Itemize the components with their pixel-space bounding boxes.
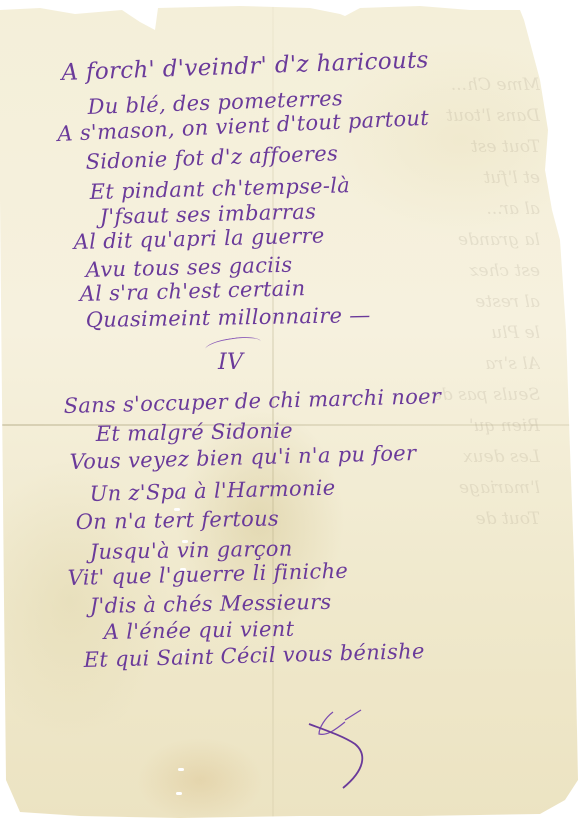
- manuscript-page: Mme Ch... Dans l'tout Tout est et l'fut …: [0, 0, 578, 822]
- signature-mark: [305, 700, 375, 790]
- poem-line: Un z'Spa à l'Harmonie: [89, 476, 335, 506]
- poem-line: A forch' d'veindr' d'z haricouts: [61, 47, 429, 86]
- poem-line: Quasimeint millonnaire —: [86, 303, 371, 332]
- poem-line: Sans s'occuper de chi marchi noer: [63, 384, 441, 418]
- poem-line: Sidonie fot d'z affoeres: [85, 141, 338, 174]
- stanza-number: IV: [218, 350, 243, 375]
- poem-line: Vous veyez bien qu'i n'a pu foer: [69, 441, 416, 474]
- poem-line: Et qui Saint Cécil vous bénishe: [83, 639, 425, 672]
- poem-line: On n'a tert fertous: [76, 506, 280, 534]
- poem-line: Al dit qu'apri la guerre: [73, 223, 325, 254]
- poem-line: A l'énée qui vient: [104, 617, 295, 644]
- handwritten-poem: A forch' d'veindr' d'z haricouts Du blé,…: [0, 0, 578, 822]
- poem-line: Al s'ra ch'est certain: [79, 276, 305, 306]
- poem-line: J'dis à chés Messieurs: [90, 590, 332, 618]
- poem-line: Jusqu'à vin garçon: [90, 536, 293, 564]
- poem-line: Et malgré Sidonie: [96, 419, 294, 446]
